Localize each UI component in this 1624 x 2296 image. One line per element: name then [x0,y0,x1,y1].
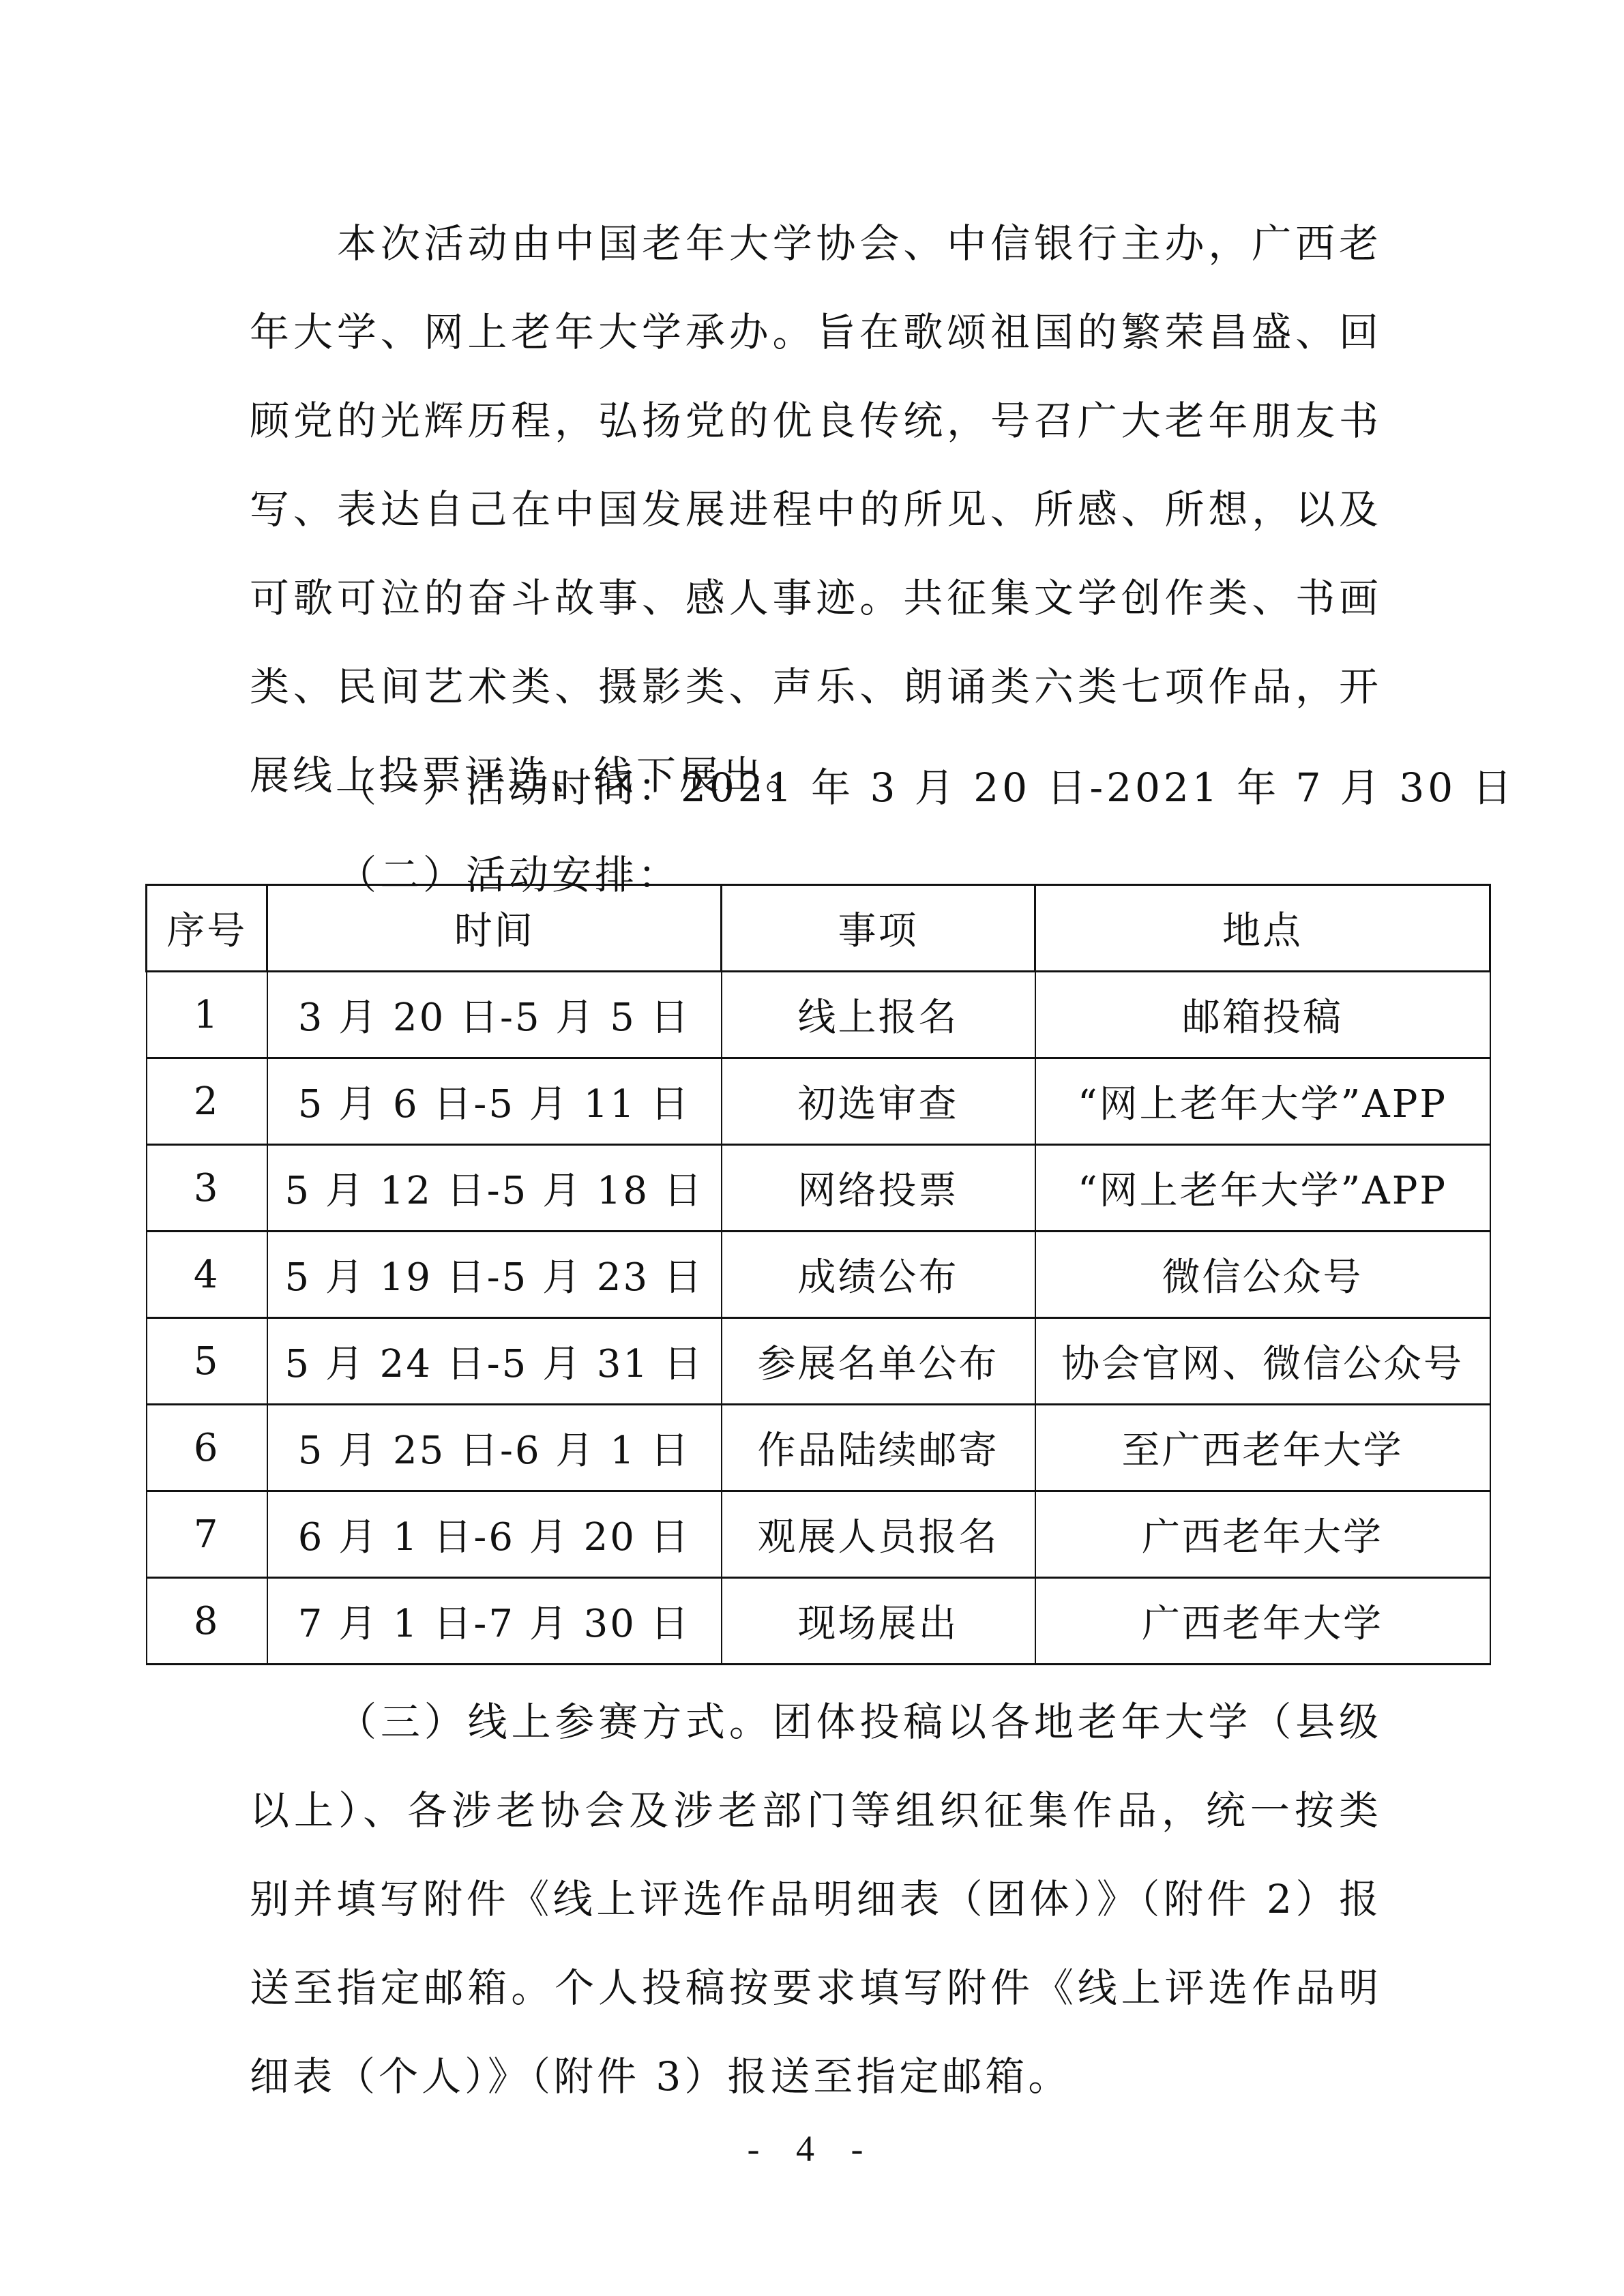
cell-item: 初选审查 [722,1058,1035,1145]
cell-time: 6 月 1 日-6 月 20 日 [267,1491,722,1578]
section-activity-time: （一）活动时间：2021 年 3 月 20 日-2021 年 7 月 30 日 [337,743,1516,832]
table-row: 2 5 月 6 日-5 月 11 日 初选审查 “网上老年大学”APP [147,1058,1490,1145]
cell-time: 5 月 6 日-5 月 11 日 [267,1058,722,1145]
cell-place: 广西老年大学 [1035,1491,1490,1578]
header-time: 时间 [267,885,722,972]
header-place: 地点 [1035,885,1490,972]
cell-item: 作品陆续邮寄 [722,1405,1035,1491]
intro-paragraph: 本次活动由中国老年大学协会、中信银行主办，广西老年大学、网上老年大学承办。旨在歌… [250,199,1382,820]
cell-time: 5 月 25 日-6 月 1 日 [267,1405,722,1491]
cell-time: 3 月 20 日-5 月 5 日 [267,972,722,1058]
cell-no: 7 [147,1491,267,1578]
page-number: - 4 - [0,2128,1624,2170]
cell-no: 6 [147,1405,267,1491]
cell-no: 4 [147,1232,267,1318]
cell-no: 2 [147,1058,267,1145]
cell-no: 5 [147,1318,267,1405]
table-row: 8 7 月 1 日-7 月 30 日 现场展出 广西老年大学 [147,1578,1490,1665]
header-no: 序号 [147,885,267,972]
header-item: 事项 [722,885,1035,972]
cell-place: 至广西老年大学 [1035,1405,1490,1491]
table-row: 1 3 月 20 日-5 月 5 日 线上报名 邮箱投稿 [147,972,1490,1058]
table-row: 3 5 月 12 日-5 月 18 日 网络投票 “网上老年大学”APP [147,1145,1490,1232]
table-row: 7 6 月 1 日-6 月 20 日 观展人员报名 广西老年大学 [147,1491,1490,1578]
table-row: 5 5 月 24 日-5 月 31 日 参展名单公布 协会官网、微信公众号 [147,1318,1490,1405]
cell-item: 观展人员报名 [722,1491,1035,1578]
cell-no: 8 [147,1578,267,1665]
table-row: 4 5 月 19 日-5 月 23 日 成绩公布 微信公众号 [147,1232,1490,1318]
cell-time: 5 月 19 日-5 月 23 日 [267,1232,722,1318]
cell-place: 协会官网、微信公众号 [1035,1318,1490,1405]
cell-place: 微信公众号 [1035,1232,1490,1318]
cell-no: 1 [147,972,267,1058]
section-online-participation: （三）线上参赛方式。团体投稿以各地老年大学（县级以上）、各涉老协会及涉老部门等组… [250,1678,1382,2121]
cell-item: 成绩公布 [722,1232,1035,1318]
table-header-row: 序号 时间 事项 地点 [147,885,1490,972]
cell-place: 广西老年大学 [1035,1578,1490,1665]
schedule-table: 序号 时间 事项 地点 1 3 月 20 日-5 月 5 日 线上报名 邮箱投稿… [145,884,1491,1665]
cell-time: 5 月 24 日-5 月 31 日 [267,1318,722,1405]
cell-time: 7 月 1 日-7 月 30 日 [267,1578,722,1665]
table-row: 6 5 月 25 日-6 月 1 日 作品陆续邮寄 至广西老年大学 [147,1405,1490,1491]
cell-item: 网络投票 [722,1145,1035,1232]
cell-place: “网上老年大学”APP [1035,1145,1490,1232]
cell-item: 现场展出 [722,1578,1035,1665]
cell-item: 线上报名 [722,972,1035,1058]
cell-place: 邮箱投稿 [1035,972,1490,1058]
cell-item: 参展名单公布 [722,1318,1035,1405]
cell-time: 5 月 12 日-5 月 18 日 [267,1145,722,1232]
cell-no: 3 [147,1145,267,1232]
cell-place: “网上老年大学”APP [1035,1058,1490,1145]
